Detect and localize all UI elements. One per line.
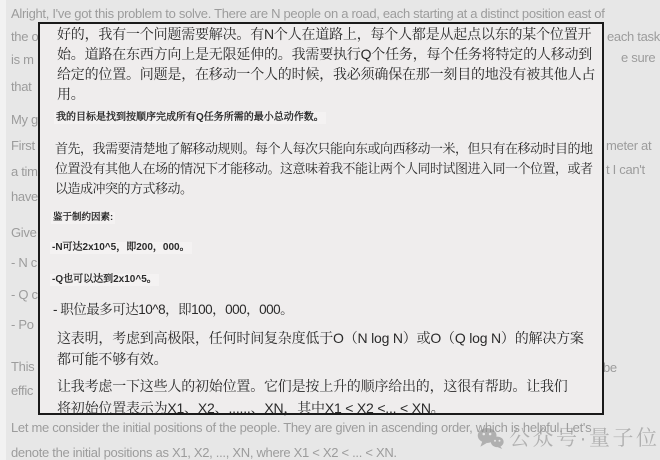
translation-line: 好的，我有一个问题需要解决。有N个人在道路上，每个人都是从起点以东的某个位置开 bbox=[57, 27, 591, 41]
translation-line: 我的目标是找到按顺序完成所有Q任务所需的最小总动作数。 bbox=[54, 112, 326, 124]
translation-line: -Q也可以达到2x10^5。 bbox=[50, 274, 159, 286]
translation-line: 始。道路在东西方向上是无限延伸的。我需要执行Q个任务，每个任务将特定的人移动到 bbox=[57, 47, 592, 61]
original-text-fragment: be bbox=[603, 361, 617, 374]
original-text-fragment: - Q c bbox=[11, 288, 38, 301]
translation-line: 将初始位置表示为X1、X2、......、XN，其中X1 < X2 <... <… bbox=[57, 401, 445, 415]
original-text-line: denote the initial positions as X1, X2, … bbox=[11, 446, 397, 459]
original-text-fragment: My g bbox=[11, 113, 38, 126]
translation-line: 位置没有其他人在场的情况下才能移动。这意味着我不能让两个人同时试图进入同一个位置… bbox=[55, 162, 593, 175]
translation-line: 用。 bbox=[57, 87, 85, 101]
original-text-fragment: Give bbox=[11, 226, 37, 239]
watermark: 公众号·量子位 bbox=[477, 427, 660, 450]
original-text-fragment: - N c bbox=[11, 256, 37, 269]
original-text-fragment: First bbox=[11, 139, 35, 152]
translation-line: 让我考虑一下这些人的初始位置。它们是按上升的顺序给出的，这很有帮助。让我们 bbox=[57, 379, 568, 393]
watermark-label: 公众号·量子位 bbox=[509, 428, 660, 449]
translation-line: - 职位最多可达10^8，即100，000，000。 bbox=[53, 303, 293, 317]
wechat-icon bbox=[477, 427, 504, 450]
translation-line: 给定的位置。问题是，在移动一个人的时候，我必须确保在那一刻目的地没有被其他人占 bbox=[57, 67, 595, 81]
original-text-fragment: that bbox=[11, 80, 31, 93]
original-text-fragment: This bbox=[11, 360, 34, 373]
original-text-fragment: is m bbox=[11, 53, 34, 66]
original-text-fragment: t I can't bbox=[606, 163, 645, 176]
translation-line: 都可能不够有效。 bbox=[57, 352, 167, 366]
translation-line: 这表明，考虑到高极限，任何时间复杂度低于O（N log N）或O（Q log N… bbox=[57, 331, 584, 345]
original-text-fragment: meter at bbox=[606, 139, 651, 152]
original-text-fragment: e sure bbox=[621, 51, 655, 64]
page-left-edge bbox=[0, 0, 6, 460]
translation-line: 以造成冲突的方式移动。 bbox=[55, 182, 193, 195]
original-text-line: Alright, I've got this problem to solve.… bbox=[11, 7, 605, 20]
original-text-fragment: each task bbox=[607, 30, 660, 43]
translation-line: -N可达2x10^5，即200，000。 bbox=[50, 242, 192, 254]
original-text-fragment: effic bbox=[11, 384, 33, 397]
original-text-fragment: have bbox=[11, 190, 38, 203]
original-text-fragment: - Po bbox=[11, 318, 34, 331]
original-text-fragment: the o bbox=[11, 30, 38, 43]
translation-line: 首先，我需要清楚地了解移动规则。每个人每次只能向东或向西移动一米，但只有在移动时… bbox=[55, 142, 593, 155]
translation-line: 鉴于制约因素: bbox=[51, 212, 115, 224]
original-text-fragment: a tim bbox=[11, 165, 38, 178]
